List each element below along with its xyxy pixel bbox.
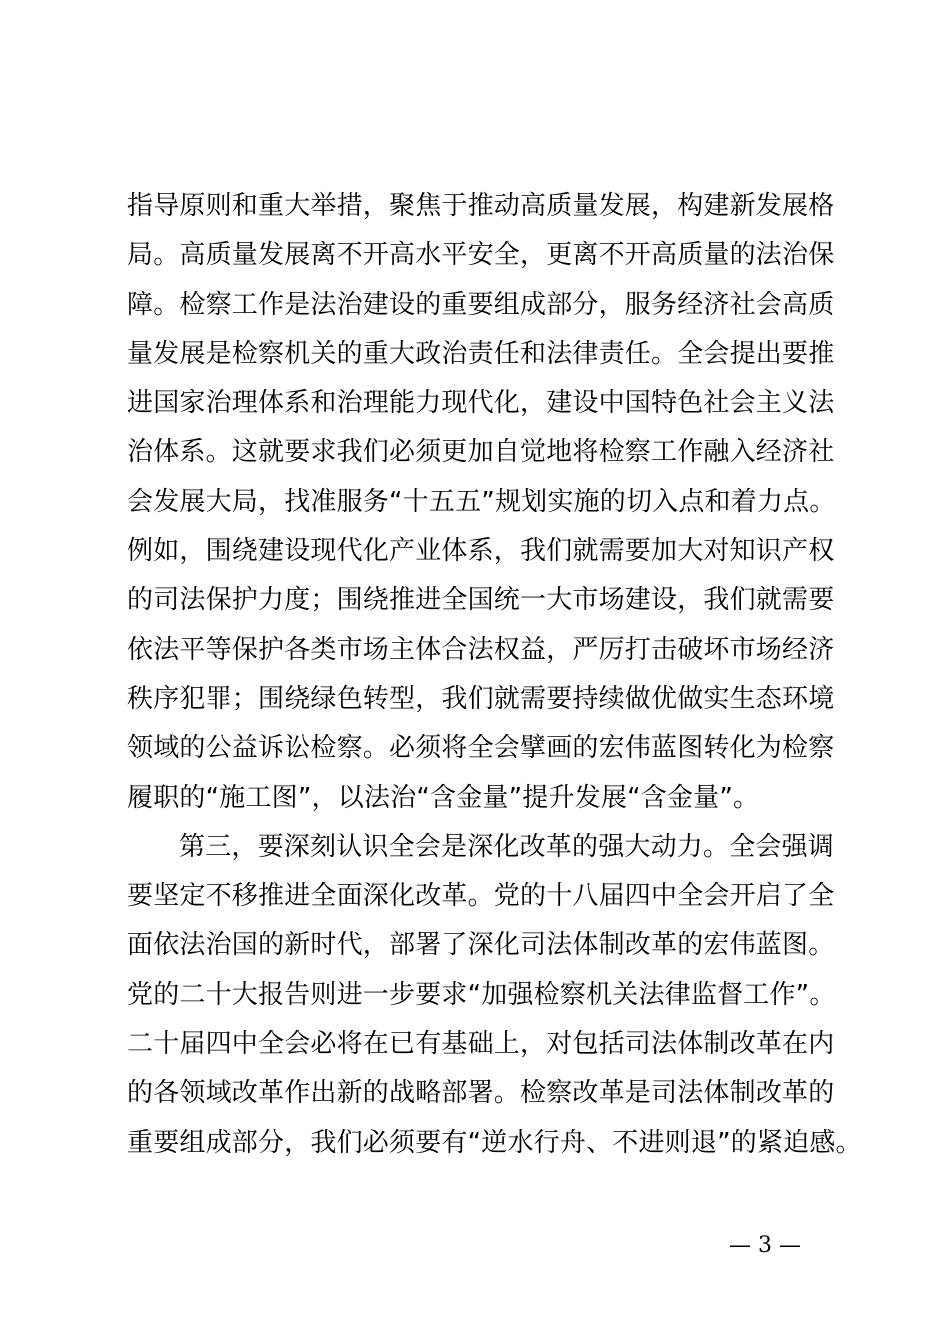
text-line: 领域的公益诉讼检察。必须将全会擘画的宏伟蓝图转化为检察 bbox=[127, 724, 847, 773]
text-line: 例如，围绕建设现代化产业体系，我们就需要加大对知识产权 bbox=[127, 527, 847, 576]
text-line: 进国家治理体系和治理能力现代化，建设中国特色社会主义法 bbox=[127, 379, 847, 428]
page-number: — 3 — bbox=[725, 1233, 805, 1259]
text-line: 局。高质量发展离不开高水平安全，更离不开高质量的法治保 bbox=[127, 231, 847, 280]
text-line: 重要组成部分，我们必须要有“逆水行舟、不进则退”的紧迫感。 bbox=[127, 1119, 847, 1168]
text-line: 面依法治国的新时代，部署了深化司法体制改革的宏伟蓝图。 bbox=[127, 921, 847, 970]
text-line: 障。检察工作是法治建设的重要组成部分，服务经济社会高质 bbox=[127, 281, 847, 330]
text-line: 秩序犯罪；围绕绿色转型，我们就需要持续做优做实生态环境 bbox=[127, 675, 847, 724]
text-line: 治体系。这就要求我们必须更加自觉地将检察工作融入经济社 bbox=[127, 428, 847, 477]
text-line: 量发展是检察机关的重大政治责任和法律责任。全会提出要推 bbox=[127, 330, 847, 379]
text-line: 二十届四中全会必将在已有基础上，对包括司法体制改革在内 bbox=[127, 1020, 847, 1069]
document-page: 指导原则和重大举措，聚焦于推动高质量发展，构建新发展格 局。高质量发展离不开高水… bbox=[0, 0, 950, 1344]
paragraph-start-line: 第三，要深刻认识全会是深化改革的强大动力。全会强调 bbox=[127, 823, 847, 872]
text-line: 依法平等保护各类市场主体合法权益，严厉打击破坏市场经济 bbox=[127, 626, 847, 675]
text-line: 会发展大局，找准服务“十五五”规划实施的切入点和着力点。 bbox=[127, 478, 847, 527]
body-text: 指导原则和重大举措，聚焦于推动高质量发展，构建新发展格 局。高质量发展离不开高水… bbox=[127, 182, 847, 1168]
text-line: 的司法保护力度；围绕推进全国统一大市场建设，我们就需要 bbox=[127, 576, 847, 625]
text-line: 要坚定不移推进全面深化改革。党的十八届四中全会开启了全 bbox=[127, 872, 847, 921]
text-line: 指导原则和重大举措，聚焦于推动高质量发展，构建新发展格 bbox=[127, 182, 847, 231]
text-line: 党的二十大报告则进一步要求“加强检察机关法律监督工作”。 bbox=[127, 971, 847, 1020]
text-line: 履职的“施工图”，以法治“含金量”提升发展“含金量”。 bbox=[127, 774, 847, 823]
text-line: 的各领域改革作出新的战略部署。检察改革是司法体制改革的 bbox=[127, 1069, 847, 1118]
